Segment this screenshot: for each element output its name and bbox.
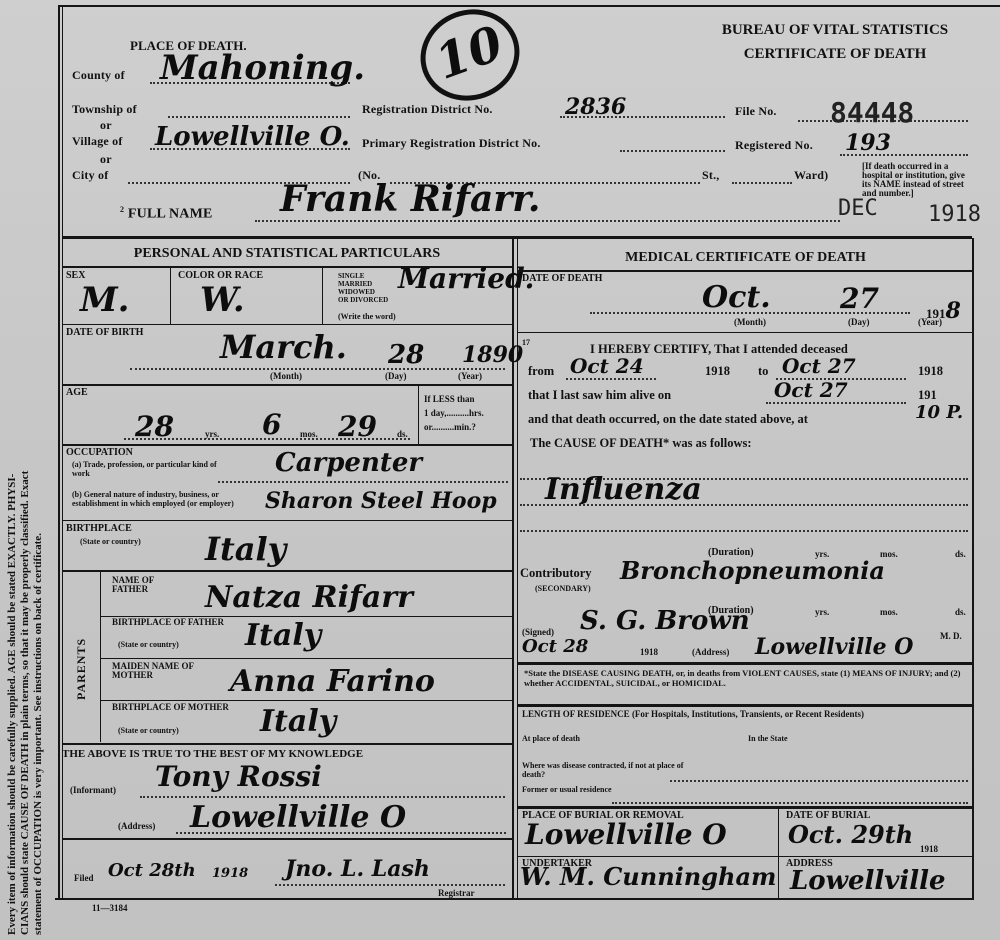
registration-district-label: Registration District No. xyxy=(362,102,493,117)
frame-top xyxy=(58,5,1000,7)
attended-to: Oct 27 xyxy=(782,354,856,378)
dob-line xyxy=(130,368,505,370)
field-number: 17 xyxy=(522,338,530,347)
attended-to-year: 1918 xyxy=(918,364,943,379)
month-caption: (Month) xyxy=(734,318,766,327)
mother-birthplace-label: BIRTHPLACE OF MOTHER xyxy=(112,703,232,712)
last-saw-year: 191 xyxy=(918,388,937,403)
year-caption: (Year) xyxy=(458,372,482,381)
last-saw-line xyxy=(766,402,906,404)
hospital-note: [If death occurred in a hospital or inst… xyxy=(862,162,968,198)
filed-year: 1918 xyxy=(212,866,248,881)
file-no-value: 84448 xyxy=(830,96,914,129)
filed-label: Filed xyxy=(74,874,94,883)
received-stamp-month: DEC xyxy=(838,196,878,221)
burial-date-value: Oct. 29th xyxy=(788,820,913,849)
contributory-label: Contributory xyxy=(520,566,592,581)
margin-line-2: CIANS should state CAUSE OF DEATH in pla… xyxy=(19,5,32,935)
marital-option: SINGLE xyxy=(338,272,388,280)
father-name-value: Natza Rifarr xyxy=(205,580,413,615)
parents-divider xyxy=(100,572,101,742)
yrs-label: yrs. xyxy=(205,430,219,439)
full-name-text: FULL NAME xyxy=(128,207,213,222)
primary-registration-label: Primary Registration District No. xyxy=(362,136,541,151)
mos-label: mos. xyxy=(300,430,318,439)
rule xyxy=(518,856,973,857)
birthplace-sub: (State or country) xyxy=(80,537,141,546)
registered-no-label: Registered No. xyxy=(735,138,813,153)
primary-registration-line xyxy=(620,150,725,152)
md-label: M. D. xyxy=(940,632,962,641)
death-certificate: Every item of information should be care… xyxy=(0,0,1000,940)
marital-options: SINGLE MARRIED WIDOWED OR DIVORCED xyxy=(338,272,388,304)
rule xyxy=(62,444,512,446)
occupation-a-line xyxy=(218,481,508,483)
cell-divider xyxy=(418,386,419,444)
physician-signature: S. G. Brown xyxy=(580,606,750,636)
frame-right xyxy=(972,238,974,900)
if-less-line: If LESS than xyxy=(424,392,484,406)
dob-year: 1890 xyxy=(462,342,523,368)
father-birthplace-value: Italy xyxy=(245,618,321,653)
received-stamp-year: 1918 xyxy=(928,202,981,227)
rule xyxy=(100,700,512,701)
frame-left-inner xyxy=(62,5,63,900)
attended-from: Oct 24 xyxy=(570,354,644,378)
rule xyxy=(518,806,973,809)
cause-heading: The CAUSE OF DEATH* was as follows: xyxy=(530,436,752,451)
file-no-label: File No. xyxy=(735,104,777,119)
father-birthplace-label: BIRTHPLACE OF FATHER xyxy=(112,618,232,627)
informant-value: Tony Rossi xyxy=(155,760,322,793)
registered-no-value: 193 xyxy=(845,130,891,156)
from-label: from xyxy=(528,364,554,379)
physician-address: Lowellville O xyxy=(755,634,913,660)
column-divider-inner xyxy=(517,238,518,898)
age-years: 28 xyxy=(135,410,174,443)
race-label: COLOR OR RACE xyxy=(178,271,263,280)
occupation-b-label: (b) General nature of industry, business… xyxy=(72,490,262,508)
death-day: 27 xyxy=(840,282,879,315)
birthplace-value: Italy xyxy=(205,530,286,568)
occupation-label: OCCUPATION xyxy=(66,448,133,457)
ward-label: Ward) xyxy=(794,168,828,183)
or-label: or xyxy=(100,152,112,167)
occurred-text: and that death occurred, on the date sta… xyxy=(528,412,808,427)
contracted-line xyxy=(670,780,968,782)
signed-year: 1918 xyxy=(640,648,658,657)
dob-month: March. xyxy=(220,328,347,366)
from-line xyxy=(566,378,656,380)
physician-address-label: (Address) xyxy=(692,648,729,657)
form-number: 11—3184 xyxy=(92,904,128,913)
st-label: St., xyxy=(702,168,719,183)
if-less-than: If LESS than 1 day,..........hrs. or....… xyxy=(424,392,484,434)
mos-label: mos. xyxy=(880,608,898,617)
county-label: County of xyxy=(72,68,125,83)
mother-name-label: MAIDEN NAME OF MOTHER xyxy=(112,662,232,680)
rule xyxy=(518,662,973,665)
rule xyxy=(518,898,973,900)
marital-option: OR DIVORCED xyxy=(338,296,388,304)
yrs-label: yrs. xyxy=(815,608,829,617)
cell-divider xyxy=(322,268,323,324)
registrar-line xyxy=(275,884,505,886)
birthplace-label: BIRTHPLACE xyxy=(66,524,132,533)
sex-label: SEX xyxy=(66,271,85,280)
death-date-label: DATE OF DEATH xyxy=(522,274,602,283)
ds-label: ds. xyxy=(955,608,966,617)
age-days: 29 xyxy=(338,410,377,443)
dob-label: DATE OF BIRTH xyxy=(66,328,143,337)
ward-line xyxy=(732,182,792,184)
informant-heading: THE ABOVE IS TRUE TO THE BEST OF MY KNOW… xyxy=(62,750,363,759)
marital-option: WIDOWED xyxy=(338,288,388,296)
in-state-label: In the State xyxy=(748,734,798,743)
ds-label: ds. xyxy=(955,550,966,559)
full-name-label: 2 FULL NAME xyxy=(120,205,213,223)
informant-line xyxy=(140,796,505,798)
marital-value: Married. xyxy=(398,262,534,295)
to-label: to xyxy=(758,364,768,379)
rule xyxy=(62,838,512,840)
filed-date: Oct 28th xyxy=(108,860,196,881)
county-value: Mahoning. xyxy=(160,48,365,88)
dob-day: 28 xyxy=(388,340,424,370)
former-residence-label: Former or usual residence xyxy=(522,785,612,794)
full-name-value: Frank Rifarr. xyxy=(280,178,540,220)
burial-place-value: Lowellville O xyxy=(525,818,727,851)
sex-value: M. xyxy=(80,280,129,320)
secondary-label: (SECONDARY) xyxy=(535,584,591,593)
undertaker-value: W. M. Cunningham xyxy=(520,862,776,891)
burial-year: 1918 xyxy=(920,845,938,854)
contracted-label: Where was disease contracted, if not at … xyxy=(522,761,692,779)
if-less-line: 1 day,..........hrs. xyxy=(424,406,484,420)
village-value: Lowellville O. xyxy=(155,122,350,152)
mother-birthplace-value: Italy xyxy=(260,704,336,739)
medical-heading: MEDICAL CERTIFICATE OF DEATH xyxy=(518,250,973,266)
rule xyxy=(55,898,520,900)
cause-footnote: *State the DISEASE CAUSING DEATH, or, in… xyxy=(524,668,964,688)
rule xyxy=(100,658,512,659)
margin-instructions: Every item of information should be care… xyxy=(6,5,45,935)
rule xyxy=(62,743,512,745)
registrar-label: Registrar xyxy=(438,889,474,898)
parents-label: PARENTS xyxy=(74,638,89,700)
attended-from-year: 1918 xyxy=(705,364,730,379)
certificate-title: CERTIFICATE OF DEATH xyxy=(690,46,980,63)
undertaker-address-value: Lowellville xyxy=(790,866,946,896)
ds-label: ds. xyxy=(397,430,408,439)
signed-date: Oct 28 xyxy=(522,636,588,657)
death-month: Oct. xyxy=(702,280,771,315)
cause-primary: Influenza xyxy=(545,472,702,507)
township-line xyxy=(168,116,350,118)
rule xyxy=(62,384,512,386)
cell-divider xyxy=(778,808,779,900)
registrar-signature: Jno. L. Lash xyxy=(285,856,430,882)
rule xyxy=(62,570,512,572)
city-label: City of xyxy=(72,168,108,183)
occupation-a-value: Carpenter xyxy=(275,448,422,478)
rule xyxy=(518,704,973,707)
age-months: 6 xyxy=(262,408,281,441)
column-divider xyxy=(512,238,514,898)
father-birthplace-sub: (State or country) xyxy=(118,640,179,649)
margin-line-1: Every item of information should be care… xyxy=(6,5,19,935)
former-residence-line xyxy=(612,802,968,804)
mother-name-value: Anna Farino xyxy=(230,664,435,699)
cause-line xyxy=(520,530,968,532)
informant-label: (Informant) xyxy=(70,786,116,795)
or-label: or xyxy=(100,118,112,133)
marital-note: (Write the word) xyxy=(338,312,396,321)
rule xyxy=(62,324,512,325)
full-name-line xyxy=(255,220,840,222)
last-saw-value: Oct 27 xyxy=(774,378,848,402)
personal-heading: PERSONAL AND STATISTICAL PARTICULARS xyxy=(62,246,512,262)
frame-left xyxy=(58,5,60,900)
marital-option: MARRIED xyxy=(338,280,388,288)
township-label: Township of xyxy=(72,102,137,117)
informant-address-label: (Address) xyxy=(118,822,155,831)
day-caption: (Day) xyxy=(848,318,870,327)
field-number: 2 xyxy=(120,205,124,214)
at-place-label: At place of death xyxy=(522,734,582,743)
age-label: AGE xyxy=(66,388,88,397)
rule xyxy=(518,332,973,333)
day-caption: (Day) xyxy=(385,372,407,381)
race-value: W. xyxy=(200,280,245,320)
informant-address-value: Lowellville O xyxy=(190,800,406,835)
contributory-value: Bronchopneumonia xyxy=(620,556,885,585)
last-saw-text: that I last saw him alive on xyxy=(528,388,671,403)
margin-line-3: statement of OCCUPATION is very importan… xyxy=(32,5,45,935)
bureau-title: BUREAU OF VITAL STATISTICS xyxy=(690,22,980,39)
mother-birthplace-sub: (State or country) xyxy=(118,726,179,735)
if-less-line: or..........min.? xyxy=(424,420,484,434)
time-of-death: 10 P. xyxy=(915,402,963,423)
rule xyxy=(62,520,512,521)
death-year-suffix: 8 xyxy=(946,298,961,324)
residence-heading: LENGTH OF RESIDENCE (For Hospitals, Inst… xyxy=(522,709,970,719)
registration-district-value: 2836 xyxy=(565,94,626,120)
year-caption: (Year) xyxy=(918,318,942,327)
village-label: Village of xyxy=(72,134,123,149)
circled-number: 10 xyxy=(408,0,533,114)
cell-divider xyxy=(170,268,171,324)
burial-date-label: DATE OF BURIAL xyxy=(786,811,870,820)
father-name-label: NAME OF FATHER xyxy=(112,576,192,594)
occupation-a-label: (a) Trade, profession, or particular kin… xyxy=(72,460,222,478)
month-caption: (Month) xyxy=(270,372,302,381)
rule xyxy=(518,270,973,272)
occupation-b-value: Sharon Steel Hoop xyxy=(265,488,497,514)
